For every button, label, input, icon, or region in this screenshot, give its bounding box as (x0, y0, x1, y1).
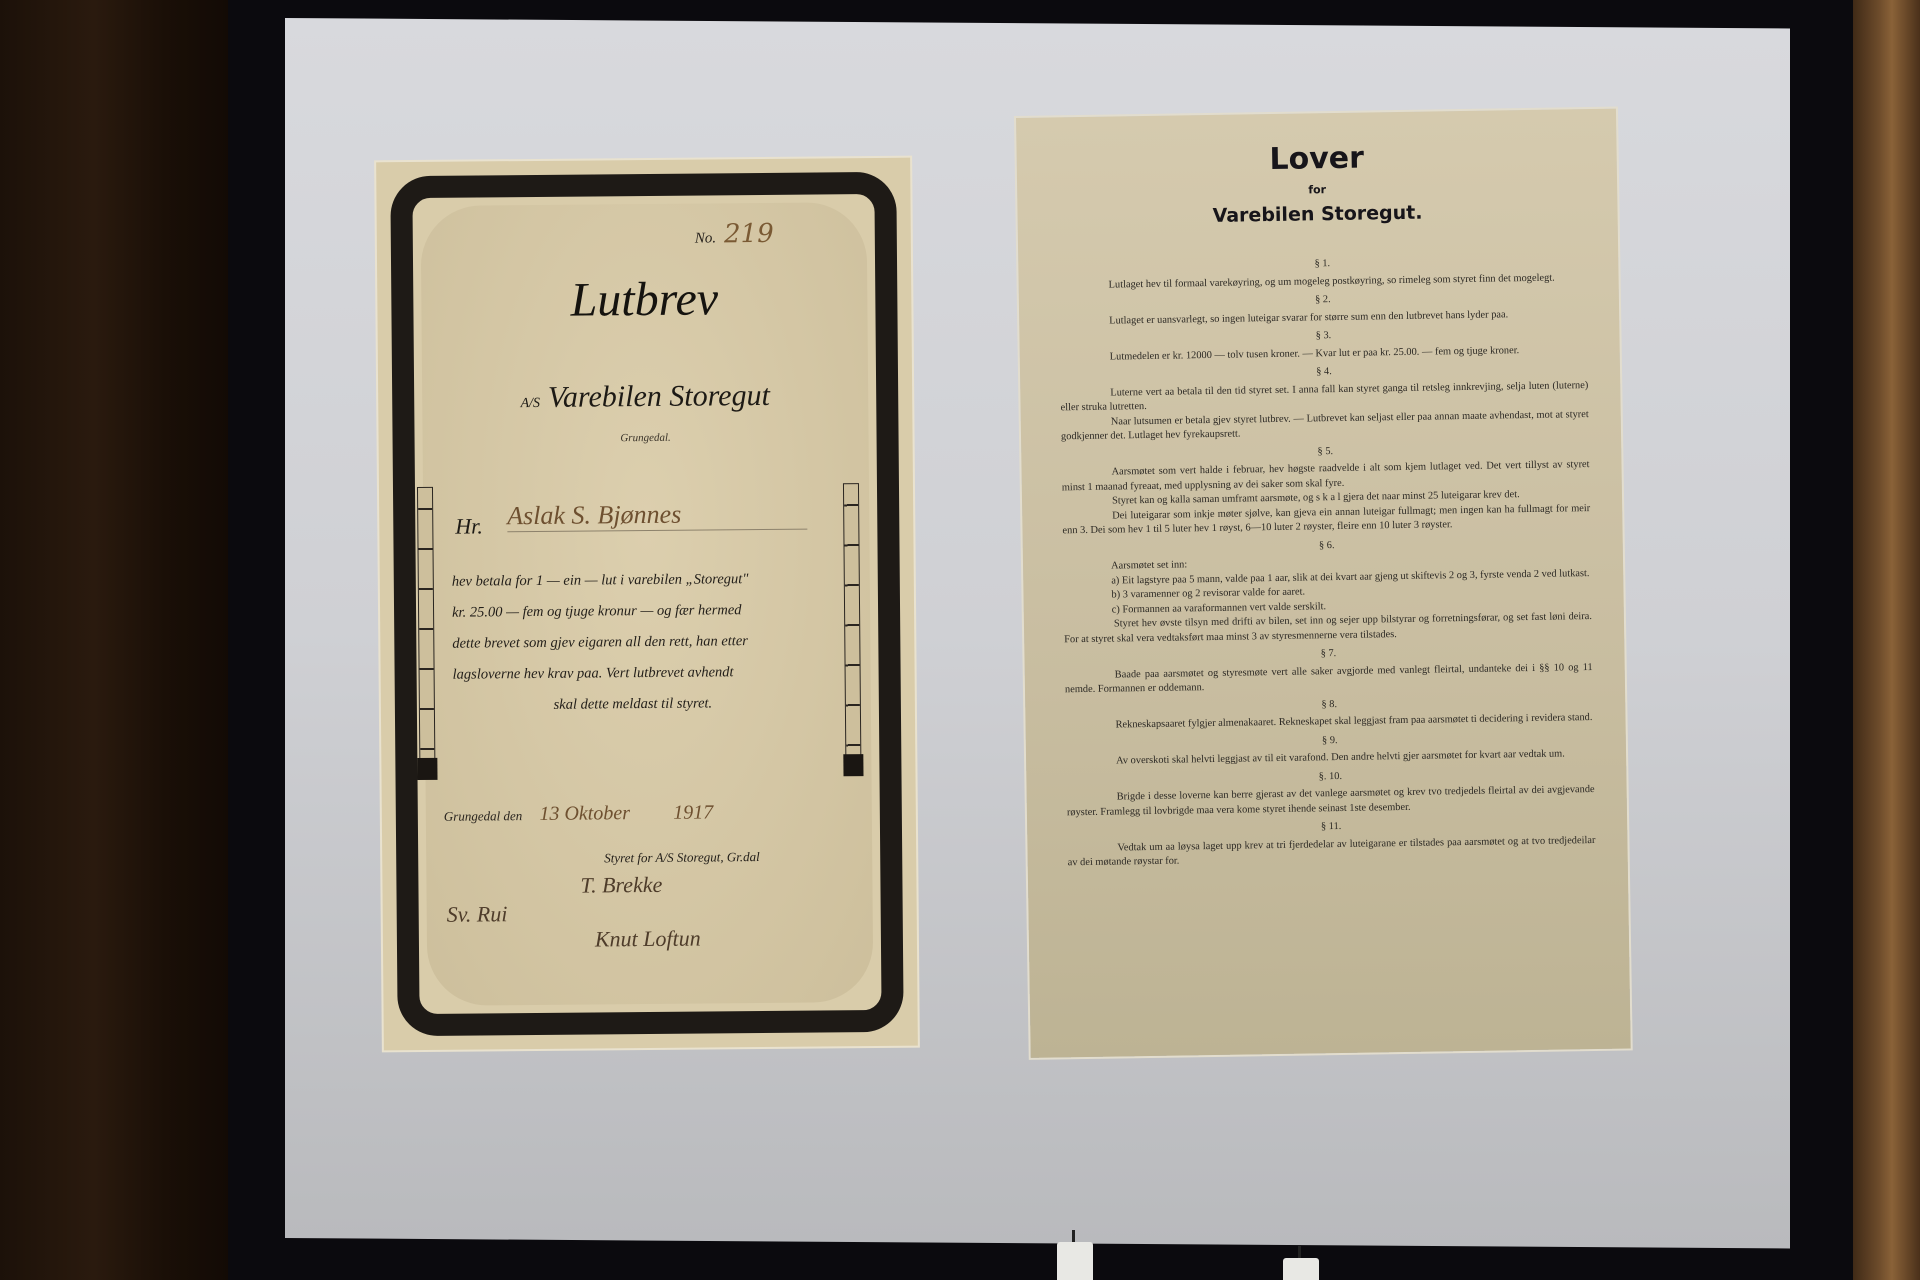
bylaw-section: §. 10.Brigde i desse loverne kan berre g… (1066, 765, 1595, 820)
bylaw-section: § 8.Rekneskapsaaret fylgjer almenakaaret… (1065, 694, 1593, 734)
bylaw-section: § 2.Lutlaget er uansvarlegt, so ingen lu… (1059, 289, 1587, 329)
wood-wall-left (0, 0, 235, 1280)
candle-left (1057, 1242, 1093, 1280)
bylaw-section: § 9.Av overskoti skal helvti leggjast av… (1066, 730, 1594, 770)
wood-wall-right (1850, 0, 1920, 1280)
holder-name: Aslak S. Bjønnes (507, 499, 807, 533)
bylaw-section: § 6.Aarsmøtet set inn:a) Eit lagstyre pa… (1063, 535, 1593, 648)
section-paragraph: Baade paa aarsmøtet og styresmøte vert a… (1065, 661, 1593, 698)
candle-right (1283, 1258, 1319, 1280)
date-year: 1917 (673, 801, 713, 823)
body-line: skal dette meldast til styret. (453, 688, 813, 722)
signature: Knut Loftun (595, 926, 701, 953)
bylaw-section: § 3.Lutmedelen er kr. 12000 — tolv tusen… (1059, 325, 1587, 365)
company-name: A/SVarebilen Storegut (378, 378, 912, 417)
company-label: Varebilen Storegut (548, 379, 770, 414)
share-certificate: No.219 Lutbrev A/SVarebilen Storegut Gru… (376, 158, 918, 1051)
company-prefix: A/S (520, 396, 540, 411)
salutation: Hr. (455, 513, 483, 539)
bylaws-body: § 1.Lutlaget hev til formaal varekøyring… (1058, 249, 1596, 875)
body-line: dette brevet som gjev eigaren all den re… (452, 626, 812, 660)
body-line: hev betala for 1 — ein — lut i varebilen… (452, 564, 812, 598)
body-line: kr. 25.00 — fem og tjuge kronur — og fær… (452, 595, 812, 629)
number-label: No. (695, 230, 716, 246)
date-value: 13 Oktober (539, 802, 630, 825)
bylaw-section: § 5.Aarsmøtet som vert halde i februar, … (1061, 441, 1590, 539)
section-paragraph: Brigde i desse loverne kan berre gjerast… (1067, 783, 1595, 820)
number-value: 219 (724, 219, 774, 249)
issue-date: Grungedal den 13 Oktober 1917 (444, 801, 714, 826)
carved-pillar-left-icon (417, 487, 436, 779)
certificate-title: Lutbrev (377, 270, 911, 330)
section-paragraph: Vedtak um aa løysa laget upp krev at tri… (1067, 833, 1595, 870)
certificate-body: hev betala for 1 — ein — lut i varebilen… (452, 564, 813, 722)
bylaw-section: § 4.Luterne vert aa betala til den tid s… (1060, 361, 1589, 445)
board-label: Styret for A/S Storegut, Gr.dal (604, 849, 760, 866)
signature: T. Brekke (580, 872, 662, 899)
bylaw-section: § 1.Lutlaget hev til formaal varekøyring… (1058, 253, 1586, 293)
carved-pillar-right-icon (843, 483, 862, 775)
bylaws-title: Lover (1016, 137, 1616, 181)
date-label: Grungedal den (444, 808, 522, 824)
bylaws-for: for (1017, 179, 1617, 201)
body-line: lagsloverne hev krav paa. Vert lutbrevet… (452, 657, 812, 691)
bylaw-section: § 7.Baade paa aarsmøtet og styresmøte ve… (1064, 643, 1593, 698)
signature: Sv. Rui (447, 901, 508, 928)
bylaw-section: § 11.Vedtak um aa løysa laget upp krev a… (1067, 816, 1596, 871)
certificate-number: No.219 (695, 219, 774, 250)
bylaws-subtitle: Varebilen Storegut. (1017, 199, 1617, 230)
bylaws-document: Lover for Varebilen Storegut. § 1.Lutlag… (1016, 109, 1631, 1058)
